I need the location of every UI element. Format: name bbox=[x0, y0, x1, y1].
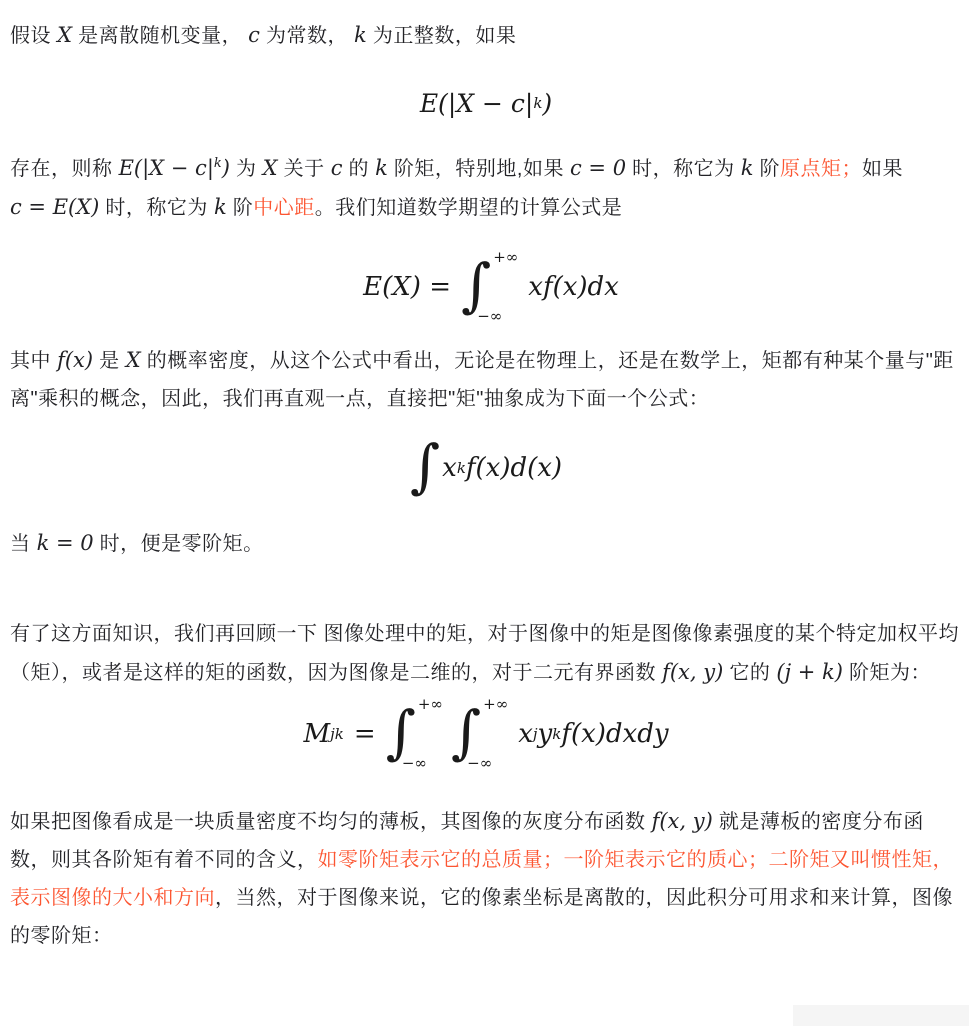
inline-math: c bbox=[248, 23, 260, 47]
text-run: 阶 bbox=[753, 158, 780, 180]
text-run: 假设 bbox=[10, 25, 57, 47]
text-run: 为常数， bbox=[260, 25, 354, 47]
math-superscript: k bbox=[214, 156, 222, 171]
display-formula: E(|X − c|k) bbox=[10, 81, 962, 125]
math-expression: f(x)d(x) bbox=[466, 453, 562, 483]
text-run: 当 bbox=[10, 533, 37, 555]
math-expression: = bbox=[354, 719, 376, 749]
integral-sign: ∫ bbox=[451, 703, 481, 761]
text-run: 时，便是零阶矩。 bbox=[94, 533, 264, 555]
text-run: 它的 bbox=[723, 662, 776, 684]
paragraph: 其中 f(x) 是 X 的概率密度，从这个公式中看出，无论是在物理上，还是在数学… bbox=[10, 341, 962, 418]
paragraph: 当 k = 0 时，便是零阶矩。 bbox=[10, 524, 962, 563]
upper-limit: +∞ bbox=[483, 697, 508, 712]
math-expression: x bbox=[518, 719, 533, 749]
inline-math: c = 0 bbox=[570, 156, 626, 180]
inline-math: X bbox=[57, 23, 72, 47]
math-expression: E(|X − c| bbox=[420, 89, 534, 118]
text-run: 阶矩为： bbox=[843, 662, 931, 684]
math-expression: f(x)dxdy bbox=[561, 719, 668, 749]
inline-math: X bbox=[126, 348, 141, 372]
watermark-box bbox=[793, 1005, 969, 1026]
integral-limits: +∞−∞ bbox=[493, 250, 518, 324]
text-run: 存在，则称 bbox=[10, 158, 119, 180]
text-run: 时，称它为 bbox=[626, 158, 741, 180]
text-run: 如果 bbox=[862, 158, 903, 180]
inline-math: k bbox=[375, 156, 388, 180]
text-run: 为 bbox=[230, 158, 263, 180]
highlight-text: 中心距 bbox=[253, 197, 315, 219]
math-expression: y bbox=[538, 719, 553, 749]
article-body: 假设 X 是离散随机变量， c 为常数， k 为正整数，如果 E(|X − c|… bbox=[0, 0, 972, 955]
paragraph: 有了这方面知识，我们再回顾一下 图像处理中的矩，对于图像中的矩是图像像素强度的某… bbox=[10, 615, 962, 692]
inline-math: f(x) bbox=[57, 348, 93, 372]
inline-math: c bbox=[331, 156, 343, 180]
paragraph: 假设 X 是离散随机变量， c 为常数， k 为正整数，如果 bbox=[10, 16, 962, 55]
text-run: 的 bbox=[342, 158, 375, 180]
text-run: 其中 bbox=[10, 350, 57, 372]
integral-sign: ∫ bbox=[461, 256, 491, 314]
integral-sign: ∫ bbox=[386, 703, 416, 761]
text-run: 阶矩，特别地,如果 bbox=[388, 158, 570, 180]
text-run: 为正整数，如果 bbox=[367, 25, 517, 47]
inline-math: k = 0 bbox=[37, 531, 94, 555]
paragraph: 如果把图像看成是一块质量密度不均匀的薄板，其图像的灰度分布函数 f(x, y) … bbox=[10, 802, 962, 955]
inline-math: k bbox=[214, 195, 227, 219]
text-run: 是 bbox=[93, 350, 126, 372]
text-run: 是离散随机变量， bbox=[72, 25, 248, 47]
text-run: 阶 bbox=[227, 197, 254, 219]
text-run: 关于 bbox=[278, 158, 331, 180]
text-run: 时，称它为 bbox=[99, 197, 214, 219]
display-formula: Mjk=∫+∞−∞∫+∞−∞xjykf(x)dxdy bbox=[10, 692, 962, 776]
text-run: 的概率密度，从这个公式中看出，无论是在物理上，还是在数学上，矩都有种某个量与"距… bbox=[10, 350, 954, 410]
inline-math: f(x, y) bbox=[662, 660, 723, 684]
inline-math: X bbox=[263, 156, 278, 180]
integral-limits: +∞−∞ bbox=[418, 697, 443, 771]
math-expression: M bbox=[303, 719, 330, 749]
upper-limit: +∞ bbox=[418, 697, 443, 712]
text-run: 如果把图像看成是一块质量密度不均匀的薄板，其图像的灰度分布函数 bbox=[10, 811, 652, 833]
inline-math: k bbox=[741, 156, 754, 180]
display-formula: E(X) =∫+∞−∞xf(x)dx bbox=[10, 245, 962, 329]
math-expression: xf(x)dx bbox=[528, 272, 619, 302]
math-expression: E(X) = bbox=[363, 272, 451, 302]
paragraph: 存在，则称 E(|X − c|k) 为 X 关于 c 的 k 阶矩，特别地,如果… bbox=[10, 149, 962, 227]
integral-limits: +∞−∞ bbox=[483, 697, 508, 771]
text-run: 。我们知道数学期望的计算公式是 bbox=[315, 197, 623, 219]
inline-math: E(|X − c|k) bbox=[119, 156, 230, 180]
display-formula: ∫xkf(x)d(x) bbox=[10, 428, 962, 508]
math-expression: ) bbox=[542, 89, 552, 118]
inline-math: f(x, y) bbox=[652, 809, 713, 833]
math-expression: x bbox=[442, 453, 457, 483]
inline-math: (j + k) bbox=[776, 660, 843, 684]
inline-math: k bbox=[354, 23, 367, 47]
upper-limit: +∞ bbox=[493, 250, 518, 265]
integral-sign: ∫ bbox=[410, 437, 440, 495]
highlight-text: 原点矩； bbox=[780, 158, 862, 180]
inline-math: c = E(X) bbox=[10, 195, 99, 219]
